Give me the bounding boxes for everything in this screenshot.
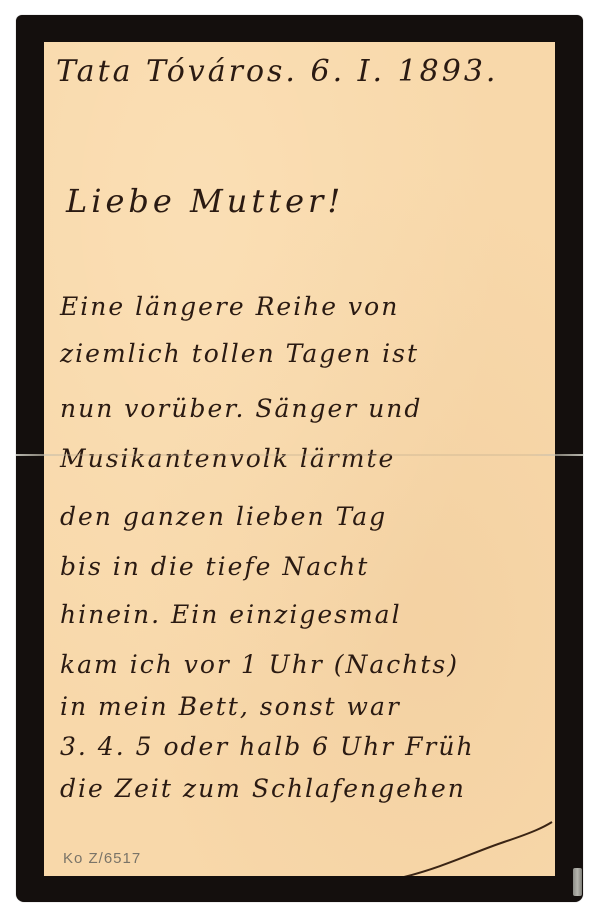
body-line: hinein. Ein einzigesmal	[60, 600, 402, 629]
salutation: Liebe Mutter!	[66, 182, 344, 220]
body-line: nun vorüber. Sänger und	[60, 394, 422, 423]
body-line: den ganzen lieben Tag	[60, 502, 387, 531]
paper-fold-crease	[16, 454, 583, 456]
archive-catalog-note: Ko Z/6517	[63, 850, 141, 867]
place-date-heading: Tata Tóváros. 6. I. 1893.	[56, 54, 498, 89]
body-line: bis in die tiefe Nacht	[60, 552, 369, 581]
body-line: Musikantenvolk lärmte	[60, 444, 395, 473]
pen-flourish-icon	[394, 812, 554, 876]
body-line: ziemlich tollen Tagen ist	[60, 339, 419, 368]
body-line: in mein Bett, sonst war	[60, 692, 401, 721]
body-line: die Zeit zum Schlafengehen	[60, 774, 466, 803]
body-line: Eine längere Reihe von	[60, 292, 399, 321]
body-line: kam ich vor 1 Uhr (Nachts)	[60, 650, 459, 679]
border-scuff-mark	[573, 868, 582, 896]
body-line: 3. 4. 5 oder halb 6 Uhr Früh	[60, 732, 475, 761]
letter-paper: Tata Tóváros. 6. I. 1893. Liebe Mutter! …	[44, 42, 555, 876]
